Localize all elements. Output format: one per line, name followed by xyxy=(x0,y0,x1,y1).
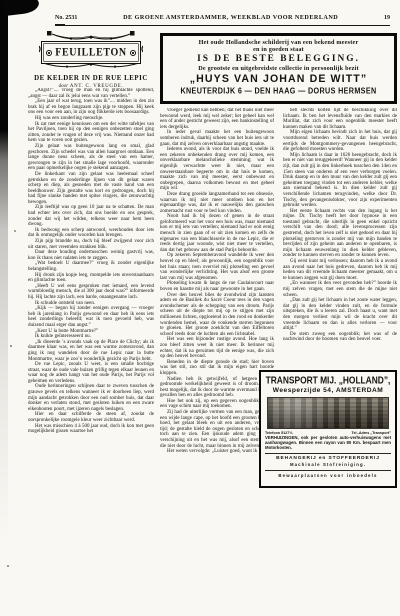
story-paragraph: Ik zat met eenige kennissen om een der w… xyxy=(28,122,154,144)
transport-ad-body: VERHUIZINGEN, ook per gesloten auto-verh… xyxy=(265,436,391,451)
story-paragraph: De stem zweeg een oogenblik; het was of … xyxy=(283,332,397,343)
masthead: DE GROENE AMSTERDAMMER, WEEKBLAD VOOR NE… xyxy=(123,14,338,21)
feuilleton-ornament: FEUILLETON xyxy=(39,30,143,70)
story-paragraph: Beneden in de diepte gonsde de stad; hie… xyxy=(160,360,274,377)
feuilleton-banner-box: FEUILLETON xyxy=(41,41,141,64)
story-paragraph: Oude herinneringen schijnen daar te zwev… xyxy=(28,384,154,412)
story-paragraph: „Wat bedoelt U daarmee?” vroeg ik zonder… xyxy=(28,261,154,272)
issue-number: No. 2531 xyxy=(55,15,77,21)
page-number: 19 xyxy=(384,15,390,21)
story-title: DE KELDER IN DE RUE LEPIC xyxy=(28,75,154,82)
story-column-3: heb slechts korten tijd de beschikking o… xyxy=(283,108,397,366)
story-paragraph: „Ik dineerde ’s avonds vaak op de Place … xyxy=(28,340,154,362)
story-paragraph: heb slechts korten tijd de beschikking o… xyxy=(283,108,397,130)
story-paragraph: De rue Lepic, zooals U weet, is een smal… xyxy=(28,362,154,384)
story-paragraph: Hoe het ook zij, op een gegeven oogenbli… xyxy=(160,399,274,410)
story-paragraph: In ieder geval maakte het een buitengewo… xyxy=(160,130,274,147)
transport-service-1: BEHANGERIJ en STOFFEERDERIJ xyxy=(265,456,391,461)
story-paragraph: „Dan zult gij het lichaam in het zoute w… xyxy=(283,298,397,332)
scan-edge-artifact xyxy=(0,0,8,540)
divider xyxy=(265,453,391,454)
ad-intro-line-2: en in goeden staat xyxy=(163,46,394,53)
rosette-icon xyxy=(46,50,52,56)
transport-building-photo xyxy=(267,397,389,429)
story-paragraph: vroeger gediend kan hebben; dat het than… xyxy=(160,108,274,130)
scan-speck xyxy=(10,345,12,347)
story-paragraph: De linkerkant van zijn gelaat was heelem… xyxy=(28,172,154,206)
story-paragraph: „Angst?”.... vroeg de man en hij glimlac… xyxy=(28,88,154,99)
ad-intro-line-1: Het oude Hollandsche schilderij van een … xyxy=(163,39,394,46)
story-paragraph: Plotseling kwam ik langs de rue Caulainc… xyxy=(160,281,274,292)
story-paragraph: Nadien heb ik getwijfeld, of hetgeen kwa… xyxy=(160,377,274,399)
scan-speck xyxy=(14,230,16,232)
story-paragraph: Op zekeren Septemberavond wandelde ik we… xyxy=(160,253,274,281)
story-paragraph: „En wanneer ik den veer gevonden heb?” h… xyxy=(283,281,397,298)
page-header: No. 2531 DE GROENE AMSTERDAMMER, WEEKBLA… xyxy=(55,14,390,21)
feuilleton-section-head: FEUILLETON DE KELDER IN DE RUE LEPIC doo… xyxy=(28,30,154,89)
ad-gallery-name: „HUYS VAN JOHAN DE WITT” xyxy=(163,73,394,86)
story-paragraph: Zij had de uiterlijke vormen van een man… xyxy=(160,410,274,449)
scan-ink-smudge xyxy=(2,0,40,16)
ad-gallery-address: KNEUTERDIJK 6 — DEN HAAG — DORUS HERMSEN xyxy=(172,86,385,96)
transport-service-2: Machinale Stofreiniging. xyxy=(265,462,391,467)
feuilleton-banner: FEUILLETON xyxy=(55,46,126,58)
newspaper-page: No. 2531 DE GROENE AMSTERDAMMER, WEEKBLA… xyxy=(0,0,400,616)
transport-company-name: TRANSPORT MIJ. „HOLLAND”, xyxy=(265,374,391,386)
story-paragraph: Hij dronk zijn kopje leeg, mompelde iets… xyxy=(28,273,154,284)
scan-speck xyxy=(7,565,9,567)
story-paragraph: Zijn pijp brandde nu, doch hij bleef zwi… xyxy=(28,239,154,250)
rosette-icon xyxy=(130,50,136,56)
ad-huys-van-johan-de-witt: Het oude Hollandsche schilderij van een … xyxy=(160,33,397,104)
story-paragraph: „Kijk — begon hij zonder eenigen overgan… xyxy=(28,306,154,328)
transport-phone: Telefoon 5127½. xyxy=(265,431,293,435)
story-column-2: vroeger gediend kan hebben; dat het than… xyxy=(160,108,274,489)
story-paragraph: Het was een bijzonder rustige avond. Hoe… xyxy=(160,337,274,359)
story-paragraph: Mijn lichaam is daar in 1626 heengebrach… xyxy=(283,153,397,209)
story-paragraph: Mijn eigen lichaam bevindt zich in het h… xyxy=(283,130,397,152)
header-rule xyxy=(55,25,390,26)
story-paragraph: Iederen avond, als ik voor dat huis ston… xyxy=(160,147,274,192)
ad-transport-holland: TRANSPORT MIJ. „HOLLAND”, Weesperzijde 5… xyxy=(259,370,397,488)
story-paragraph: Zijn gelaat was buitengewoon lang en sma… xyxy=(28,144,154,172)
story-paragraph: Nooit had ik bij dezen of genen in de st… xyxy=(160,214,274,253)
story-paragraph: Het was misschien 4 à 500 jaar oud, doch… xyxy=(28,424,154,435)
transport-contact-row: Telefoon 5127½. Tel.-Adres „Transport” xyxy=(265,431,391,435)
story-paragraph: Ik bedwong een scherp antwoord, weerhoud… xyxy=(28,228,154,239)
transport-company-address: Weesperzijde 54, AMSTERDAM xyxy=(265,387,391,394)
ad-headline: IS DE BESTE BELEGGING. xyxy=(163,54,394,65)
story-paragraph: Daar deze houding ondertusschen weinig g… xyxy=(28,250,154,261)
story-paragraph: Deze drang groeide langzamerhand tot een… xyxy=(160,192,274,214)
story-column-1: „Angst?”.... vroeg de man en hij glimlac… xyxy=(28,88,154,489)
story-paragraph: „Heeft U wel eens gesproken met iemand, … xyxy=(28,284,154,301)
ad-subline: De grootste en uitgebreidste collectie i… xyxy=(163,65,394,72)
story-paragraph: Zijn leeftijd was op geen 10 jaar na te … xyxy=(28,205,154,227)
story-paragraph: Over den heuvel blies de avondwind zijn … xyxy=(160,293,274,338)
story-paragraph: Gij eerst kunt mij verlossen; daarom heb… xyxy=(283,259,397,281)
story-paragraph: „Een jaar of wat terug, toen was ik”....… xyxy=(28,99,154,116)
story-paragraph: Het weten vervolgde: „Luister goed, want… xyxy=(160,449,274,455)
story-paragraph: Het eerste lichaam rechts van den ingang… xyxy=(283,209,397,259)
story-paragraph: Hier en daar schilferde de steen af, zoo… xyxy=(28,412,154,423)
transport-telegram-address: Tel.-Adres „Transport” xyxy=(352,431,391,435)
transport-service-3: Bewaarplaatsen voor inboedels xyxy=(265,470,391,478)
